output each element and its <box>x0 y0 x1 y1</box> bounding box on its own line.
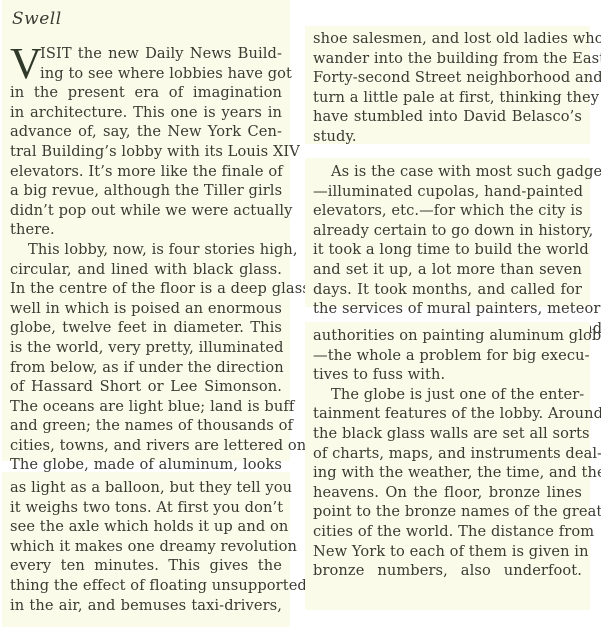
text-block-1: Swell V ISIT the new Daily News Build- i… <box>2 0 290 461</box>
text-line: tainment features of the lobby. Around <box>313 404 582 424</box>
text-line: in the present era of imagination <box>10 83 282 103</box>
text-line: circular, and lined with black glass. <box>10 260 282 280</box>
drop-cap: V <box>10 44 42 84</box>
text-line: tives to fuss with. <box>313 365 582 385</box>
text-line: as light as a balloon, but they tell you <box>10 478 282 498</box>
text-line: As is the case with most such gadgets <box>313 162 582 182</box>
text-line: every ten minutes. This gives the <box>10 556 282 576</box>
text-line: wander into the building from the East <box>313 49 582 69</box>
text-line: elevators, etc.—for which the city is <box>313 201 582 221</box>
text-line: —the whole a problem for big execu- <box>313 346 582 366</box>
text-line: bronze numbers, also underfoot. <box>313 561 582 581</box>
text-line: thing the effect of floating unsupported <box>10 576 282 596</box>
text-line: In the centre of the floor is a deep gla… <box>10 279 282 299</box>
text-line: didn’t pop out while we were actually <box>10 201 282 221</box>
text-block-4: As is the case with most such gadgets —i… <box>305 158 590 307</box>
text-line: turn a little pale at first, thinking th… <box>313 88 582 108</box>
text-line: New York to each of them is given in <box>313 542 582 562</box>
text-line: and green; the names of thousands of <box>10 416 282 436</box>
section-title: Swell <box>12 9 62 29</box>
text-line: see the axle which holds it up and on <box>10 517 282 537</box>
text-line: cities, towns, and rivers are lettered o… <box>10 436 282 456</box>
text-line: ISIT the new Daily News Build- <box>10 44 282 64</box>
text-line: ing to see where lobbies have got <box>10 64 282 84</box>
text-line: The globe is just one of the enter- <box>313 385 582 405</box>
text-line: and set it up, a lot more than seven <box>313 260 582 280</box>
text-line: there. <box>10 220 282 240</box>
text-line: is the world, very pretty, illuminated <box>10 338 282 358</box>
text-line: globe, twelve feet in diameter. This <box>10 318 282 338</box>
text-line: of Hassard Short or Lee Simonson. <box>10 377 282 397</box>
text-line: already certain to go down in history, <box>313 221 582 241</box>
text-line: of charts, maps, and instruments deal- <box>313 444 582 464</box>
text-line: heavens. On the floor, bronze lines <box>313 483 582 503</box>
text-block-2: as light as a balloon, but they tell you… <box>2 472 290 627</box>
text-line: well in which is poised an enormous <box>10 299 282 319</box>
text-line: it weighs two tons. At first you don’t <box>10 498 282 518</box>
text-line: shoe salesmen, and lost old ladies who <box>313 29 582 49</box>
text-line: Forty-second Street neighborhood and <box>313 68 582 88</box>
text-line: This lobby, now, is four stories high, <box>10 240 282 260</box>
text-line: cities of the world. The distance from <box>313 522 582 542</box>
text-line: in architecture. This one is years in <box>10 103 282 123</box>
text-line: ing with the weather, the time, and the <box>313 463 582 483</box>
text-line: in the air, and bemuses taxi-drivers, <box>10 596 282 616</box>
text-line: a big revue, although the Tiller girls <box>10 181 282 201</box>
text-line: which it makes one dreamy revolution <box>10 537 282 557</box>
text-line: it took a long time to build the world <box>313 240 582 260</box>
text-line: advance of, say, the New York Cen- <box>10 122 282 142</box>
text-block-3: shoe salesmen, and lost old ladies who w… <box>305 26 590 144</box>
text-line: point to the bronze names of the great <box>313 502 582 522</box>
text-line: days. It took months, and called for <box>313 280 582 300</box>
text-line: —illuminated cupolas, hand-painted <box>313 182 582 202</box>
text-line: tral Building’s lobby with its Louis XIV <box>10 142 282 162</box>
text-block-5: authorities on painting aluminum globes … <box>305 322 590 610</box>
text-line: elevators. It’s more like the finale of <box>10 162 282 182</box>
text-line: have stumbled into David Belasco’s <box>313 107 582 127</box>
text-line: the services of mural painters, meteor- <box>313 299 582 319</box>
text-line: study. <box>313 127 582 147</box>
text-line: the black glass walls are set all sorts <box>313 424 582 444</box>
text-line: The oceans are light blue; land is buff <box>10 397 282 417</box>
text-line: from below, as if under the direction <box>10 358 282 378</box>
text-line: authorities on painting aluminum globes <box>313 326 582 346</box>
